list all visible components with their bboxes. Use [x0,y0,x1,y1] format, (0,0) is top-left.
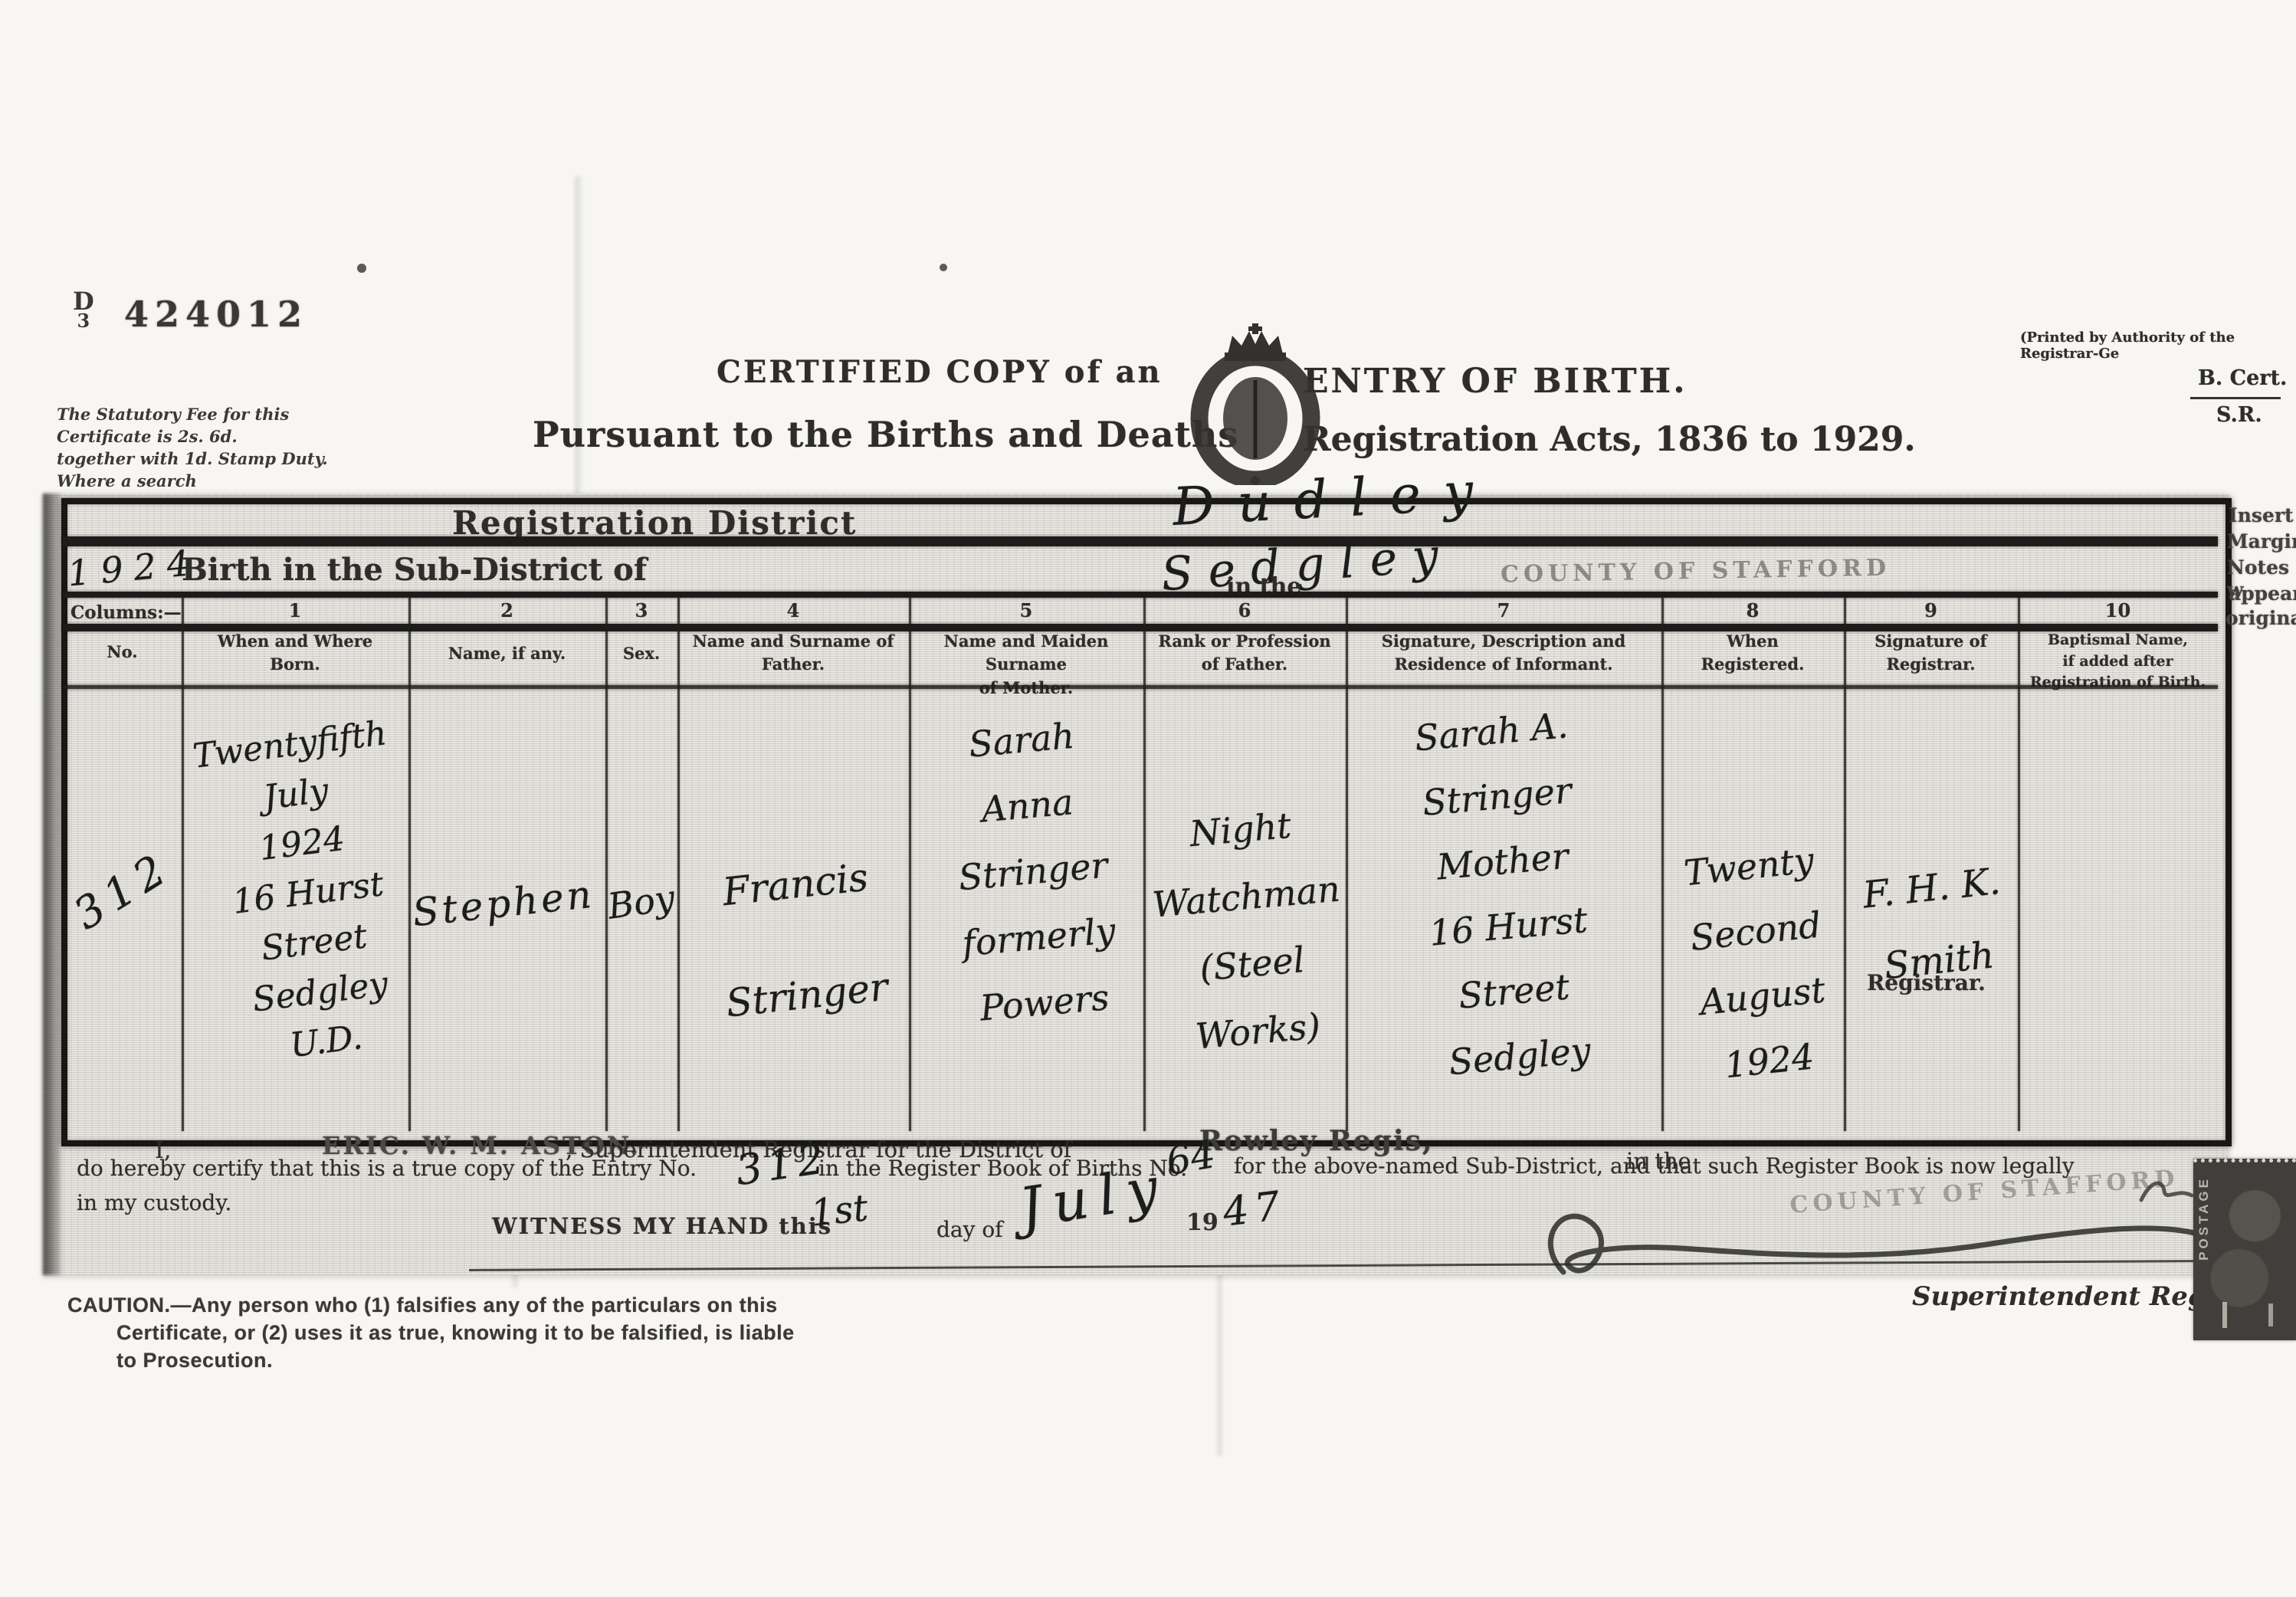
rule [63,592,2218,598]
column-header-when-where-born: When and Where Born. [182,630,408,677]
column-divider [182,595,184,1131]
columns-label: Columns:— [71,602,182,623]
stamp-mark [2222,1302,2227,1328]
masthead-title-right2: Registration Acts, 1836 to 1929. [1303,420,1916,459]
masthead-title-line1: CERTIFIED COPY of an [717,354,1163,390]
column-number: 1 [182,599,408,624]
ink-dot [357,264,366,273]
serial-number: 424012 [124,293,308,335]
column-header-father: Name and Surname of Father. [677,630,909,677]
column-number: 8 [1661,599,1844,624]
column-header-rank: Rank or Profession of Father. [1143,630,1346,677]
entry-when-where-born: Twentyfifth July 1924 16 Hurst Street Se… [172,706,443,1080]
column-header-registrar-signature: Signature of Registrar. [1844,630,2018,677]
column-number: 6 [1143,599,1346,624]
cert-code-rule [2190,397,2281,399]
entry-father-profession: Night Watchman (Steel Works) [1138,787,1360,1073]
column-number: 3 [605,599,677,624]
column-divider [909,595,911,1131]
caution-line-3: to Prosecution. [116,1349,273,1372]
margin-note: appear [2229,582,2296,605]
certify-register-no: 64 [1163,1132,1219,1184]
registrar-printed-note: Registrar. [1867,970,1986,995]
column-divider [605,595,608,1131]
margin-note: original [2225,607,2296,629]
stamp-mark [2268,1304,2273,1326]
column-number: 9 [1844,599,2018,624]
sub-district-label: Birth in the Sub-District of [182,552,647,588]
witness-year-prefix: 19 [1186,1209,1219,1236]
scan-edge-smear [43,494,61,1275]
witness-year-value: 47 [1221,1182,1289,1236]
column-number: 2 [408,599,605,624]
entry-informant: Sarah A. Stringer Mother 16 Hurst Street… [1342,687,1670,1102]
rule [63,536,2218,546]
cert-code-sub: S.R. [2216,403,2262,427]
column-divider [2018,595,2020,1131]
column-number: 7 [1346,599,1661,624]
entry-father: Francis Stringer [677,818,926,1062]
certify-district-value: Rowley Regis, [1199,1125,1433,1157]
certify-line2a: do hereby certify that this is a true co… [77,1156,697,1181]
column-number: 5 [909,599,1143,624]
cert-code: B. Cert. [2198,366,2287,390]
masthead-title-line2: Pursuant to the Births and Deaths [533,414,1238,455]
witness-day-value: 1st [809,1186,870,1235]
column-number: 4 [677,599,909,624]
masthead-title-right1: ENTRY OF BIRTH. [1303,362,1688,401]
column-header-no: No. [63,641,182,664]
certify-line3: in my custody. [77,1190,231,1215]
witness-day-of-label: day of [936,1217,1003,1242]
witness-label: WITNESS MY HAND this [492,1213,832,1239]
serial-mark: D 3 [73,292,94,330]
entry-mother: Sarah Anna Stringer formerly Powers [904,697,1162,1046]
printed-authority-note: (Printed by Authority of the Registrar-G… [2020,330,2296,362]
royal-coat-of-arms-icon [1179,320,1332,485]
column-header-informant: Signature, Description and Residence of … [1346,630,1661,677]
entry-when-registered: Twenty Second August 1924 [1656,825,1862,1103]
postage-stamp: POSTAGE [2193,1159,2296,1340]
column-header-mother: Name and Maiden Surname of Mother. [909,630,1143,700]
margin-note: Insert [2229,504,2294,526]
ink-dot [940,264,947,271]
column-header-name: Name, if any. [408,642,605,665]
birth-certificate-scan: D 3 424012 The Statutory Fee for this Ce… [0,0,2296,1597]
margin-note: Margin [2227,530,2296,553]
column-header-when-registered: When Registered. [1661,630,1844,677]
caution-line-2: Certificate, or (2) uses it as true, kno… [116,1321,795,1345]
caution-line-1: CAUTION.—Any person who (1) falsifies an… [67,1294,778,1317]
rule [63,685,2218,689]
ink-squiggle [2137,1165,2198,1218]
serial-prefix: D [73,292,94,312]
column-number: 10 [2018,599,2218,624]
postage-stamp-label: POSTAGE [2196,1176,2212,1261]
column-header-baptismal: Baptismal Name, if added after Registrat… [2018,630,2218,694]
certify-line2c: for the above-named Sub-District, and th… [1234,1153,2075,1179]
column-header-sex: Sex. [605,642,677,665]
